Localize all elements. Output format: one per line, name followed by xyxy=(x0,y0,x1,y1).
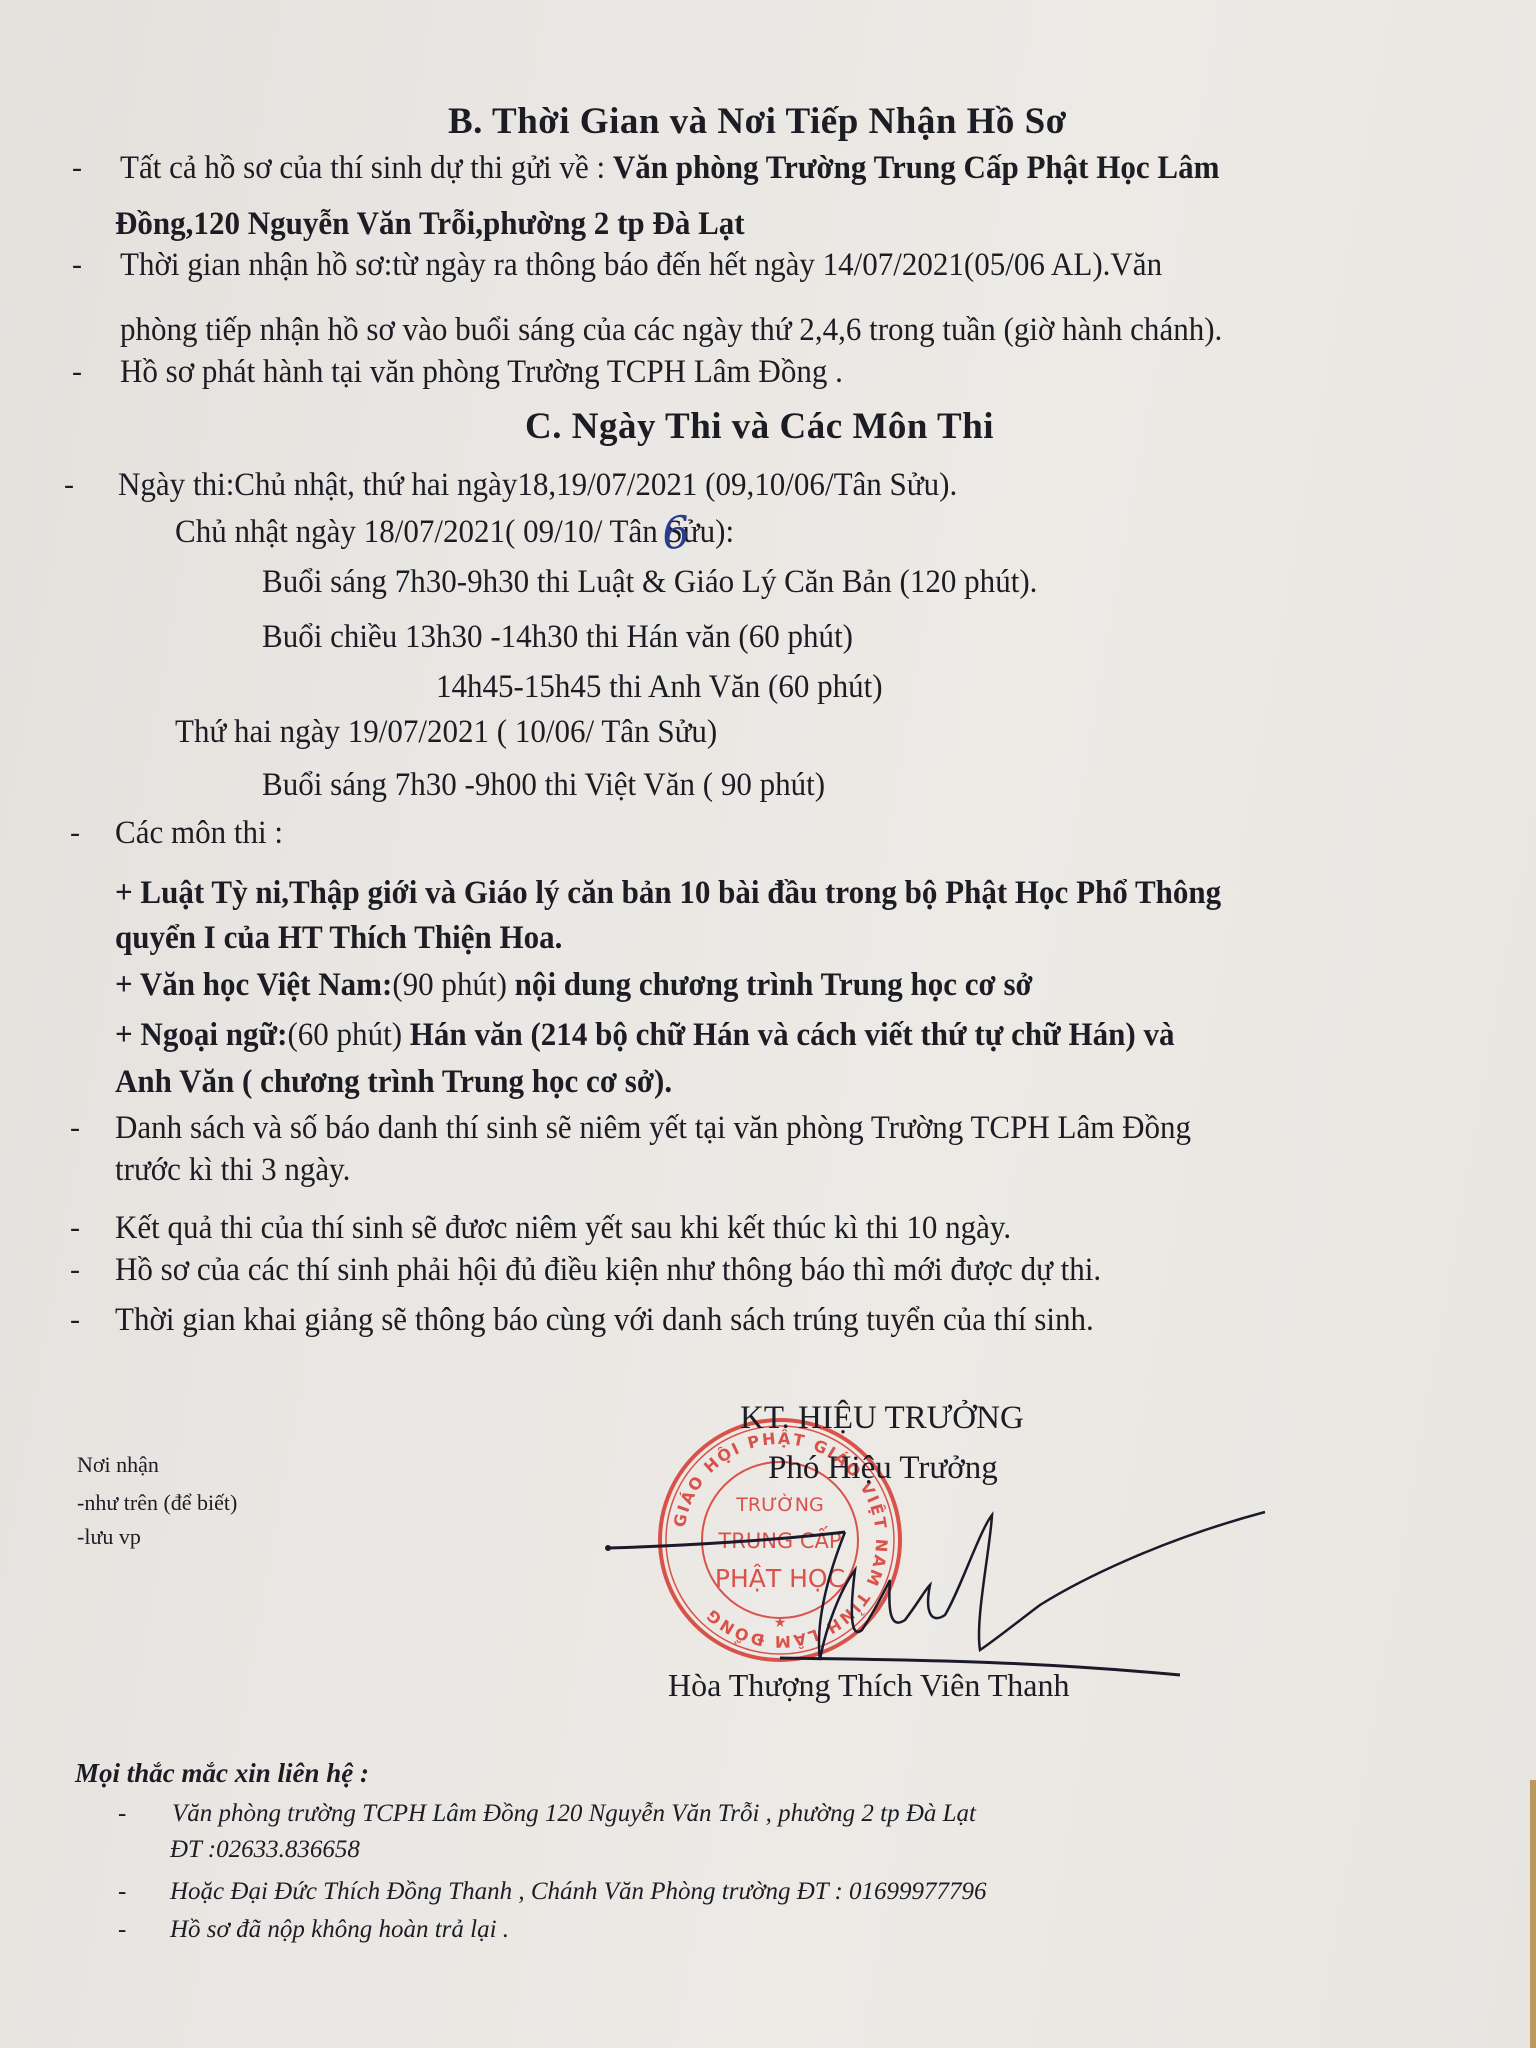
section-b-item-2-line-1: Thời gian nhận hồ sơ:từ ngày ra thông bá… xyxy=(120,245,1162,285)
section-b-item-2-line-2: phòng tiếp nhận hồ sơ vào buổi sáng của … xyxy=(120,310,1222,350)
section-b-heading: B. Thời Gian và Nơi Tiếp Nhận Hồ Sơ xyxy=(448,100,1067,143)
note-1-line-2: trước kì thi 3 ngày. xyxy=(115,1150,350,1190)
table-edge xyxy=(1530,1780,1536,2048)
subject-3-line-1: + Ngoại ngữ:(60 phút) Hán văn (214 bộ ch… xyxy=(115,1015,1174,1055)
bullet-dash: - xyxy=(70,1300,80,1340)
subject-1-line-2: quyển I của HT Thích Thiện Hoa. xyxy=(115,918,562,958)
day-1-session-3: 14h45-15h45 thi Anh Văn (60 phút) xyxy=(436,667,883,707)
contact-item-3: Hồ sơ đã nộp không hoàn trả lại . xyxy=(170,1916,509,1944)
subject-1-line-1: + Luật Tỳ ni,Thập giới và Giáo lý căn bả… xyxy=(115,873,1221,913)
bullet-dash: - xyxy=(72,352,82,392)
section-b-item-3-line-1: Hồ sơ phát hành tại văn phòng Trường TCP… xyxy=(120,352,843,392)
day-2-label: Thứ hai ngày 19/07/2021 ( 10/06/ Tân Sửu… xyxy=(175,712,717,752)
subject-2: + Văn học Việt Nam:(90 phút) nội dung ch… xyxy=(115,965,1033,1005)
note-1-line-1: Danh sách và số báo danh thí sinh sẽ niê… xyxy=(115,1108,1191,1148)
exam-dates: Ngày thi:Chủ nhật, thứ hai ngày18,19/07/… xyxy=(118,465,957,505)
contact-heading: Mọi thắc mắc xin liên hệ : xyxy=(75,1758,369,1789)
bullet-dash: - xyxy=(72,245,82,285)
note-4: Thời gian khai giảng sẽ thông báo cùng v… xyxy=(115,1300,1094,1340)
bullet-dash: - xyxy=(70,813,80,853)
section-b-item-1-line-2: Đồng,120 Nguyễn Văn Trỗi,phường 2 tp Đà … xyxy=(115,204,745,244)
section-b-item-1-line-1: Tất cả hồ sơ của thí sinh dự thi gửi về … xyxy=(120,148,1219,188)
day-2-session-1: Buổi sáng 7h30 -9h00 thi Việt Văn ( 90 p… xyxy=(262,765,825,805)
signatory-name: Hòa Thượng Thích Viên Thanh xyxy=(668,1667,1069,1704)
recipient-item: -như trên (để biết) xyxy=(77,1488,237,1518)
note-3: Hồ sơ của các thí sinh phải hội đủ điều … xyxy=(115,1250,1101,1290)
bullet-dash: - xyxy=(70,1108,80,1148)
signature-title: KT. HIỆU TRƯỞNG xyxy=(740,1400,1024,1437)
contact-item-2: Hoặc Đại Đức Thích Đồng Thanh , Chánh Vă… xyxy=(170,1878,987,1906)
contact-item-1-line-2: ĐT :02633.836658 xyxy=(170,1836,360,1864)
bullet-dash: - xyxy=(72,148,82,188)
handwritten-correction: 6 xyxy=(659,507,692,561)
contact-item-1-line-1: Văn phòng trường TCPH Lâm Đồng 120 Nguyễ… xyxy=(172,1800,976,1828)
recipients-label: Nơi nhận xyxy=(77,1450,159,1480)
day-1-session-2: Buổi chiều 13h30 -14h30 thi Hán văn (60 … xyxy=(262,617,853,657)
day-1-label: Chủ nhật ngày 18/07/2021( 09/10/ Tân Sửu… xyxy=(175,512,734,552)
note-2: Kết quả thi của thí sinh sẽ đươc niêm yế… xyxy=(115,1208,1011,1248)
bullet-dash: - xyxy=(70,1208,80,1248)
bullet-dash: - xyxy=(118,1800,126,1828)
recipient-item: -lưu vp xyxy=(77,1522,141,1552)
signature-subtitle: Phó Hiệu Trưởng xyxy=(768,1450,998,1487)
subject-3-line-2: Anh Văn ( chương trình Trung học cơ sở). xyxy=(115,1062,672,1102)
section-c-heading: C. Ngày Thi và Các Môn Thi xyxy=(525,405,994,448)
bullet-dash: - xyxy=(118,1878,126,1906)
day-1-session-1: Buổi sáng 7h30-9h30 thi Luật & Giáo Lý C… xyxy=(262,562,1037,602)
bullet-dash: - xyxy=(64,465,74,505)
bullet-dash: - xyxy=(70,1250,80,1290)
handwritten-signature xyxy=(600,1510,1330,1680)
subjects-label: Các môn thi : xyxy=(115,813,283,853)
bullet-dash: - xyxy=(118,1916,126,1944)
